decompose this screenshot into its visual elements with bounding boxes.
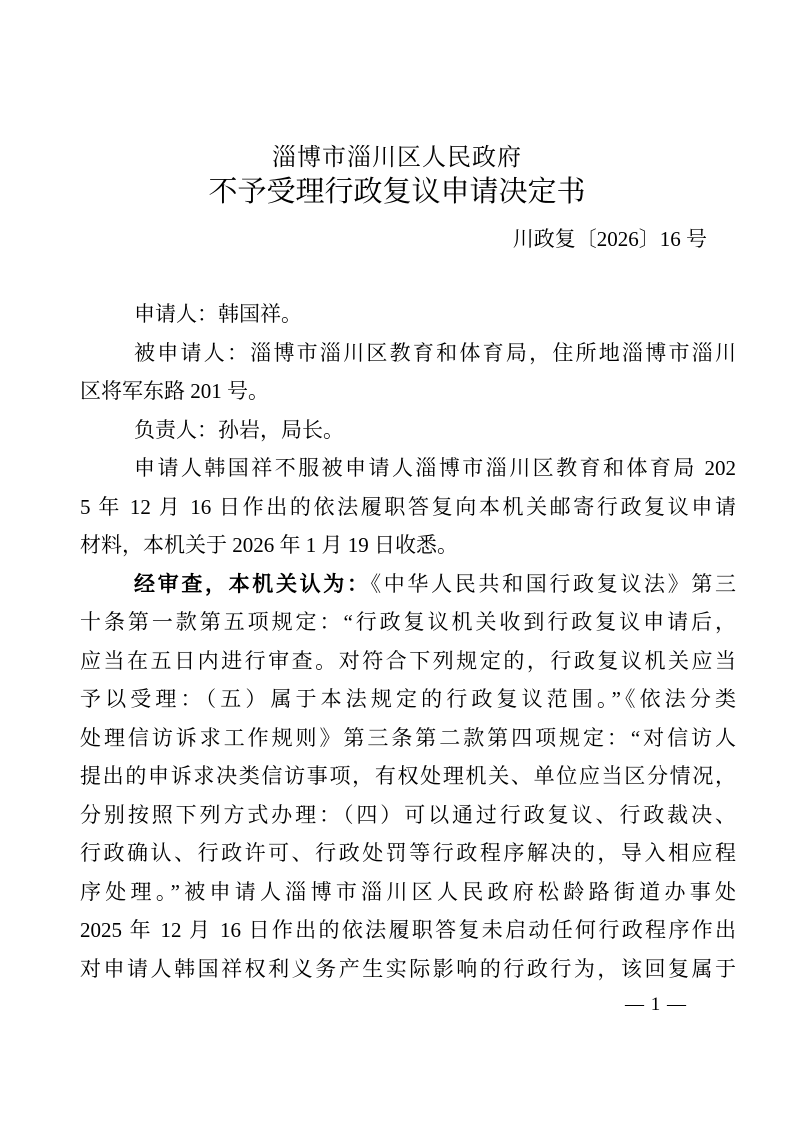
- page-number: — 1 —: [625, 993, 687, 1017]
- body-line: 负责人：孙岩，局长。: [80, 411, 736, 450]
- body-line: 材料，本机关于 2026 年 1 月 19 日收悉。: [80, 526, 736, 565]
- body-line: 经审查，本机关认为：《中华人民共和国行政复议法》第三: [80, 565, 736, 604]
- body-line: 提出的申诉求决类信访事项，有权处理机关、单位应当区分情况，: [80, 757, 736, 796]
- body-line: 处理信访诉求工作规则》第三条第二款第四项规定：“对信访人: [80, 719, 736, 758]
- document-title-line-1: 淄博市淄川区人民政府: [80, 142, 714, 174]
- document-number: 川政复〔2026〕16 号: [80, 226, 707, 252]
- body-line: 应当在五日内进行审查。对符合下列规定的，行政复议机关应当: [80, 642, 736, 681]
- body-line: 十条第一款第五项规定：“行政复议机关收到行政复议申请后，: [80, 603, 736, 642]
- body-line: 5 年 12 月 16 日作出的依法履职答复向本机关邮寄行政复议申请: [80, 488, 736, 527]
- body-line: 行政确认、行政许可、行政处罚等行政程序解决的，导入相应程: [80, 834, 736, 873]
- body-line-bold-lead: 经审查，本机关认为：: [134, 572, 371, 596]
- document-body: 申请人：韩国祥。 被申请人：淄博市淄川区教育和体育局，住所地淄博市淄川 区将军东…: [80, 295, 736, 988]
- body-line: 区将军东路 201 号。: [80, 372, 736, 411]
- body-line: 序处理。”被申请人淄博市淄川区人民政府松龄路街道办事处: [80, 873, 736, 912]
- body-line: 被申请人：淄博市淄川区教育和体育局，住所地淄博市淄川: [80, 334, 736, 373]
- document-title-line-2: 不予受理行政复议申请决定书: [80, 174, 714, 211]
- body-line: 2025 年 12 月 16 日作出的依法履职答复未启动任何行政程序作出: [80, 911, 736, 950]
- body-line: 对申请人韩国祥权利义务产生实际影响的行政行为，该回复属于: [80, 950, 736, 989]
- body-line: 申请人韩国祥不服被申请人淄博市淄川区教育和体育局 202: [80, 449, 736, 488]
- body-line: 予以受理：（五）属于本法规定的行政复议范围。”《依法分类: [80, 680, 736, 719]
- document-page: 淄博市淄川区人民政府 不予受理行政复议申请决定书 川政复〔2026〕16 号 申…: [0, 0, 794, 1123]
- body-line: 申请人：韩国祥。: [80, 295, 736, 334]
- body-line-rest: 《中华人民共和国行政复议法》第三: [371, 572, 736, 596]
- body-line: 分别按照下列方式办理：（四）可以通过行政复议、行政裁决、: [80, 796, 736, 835]
